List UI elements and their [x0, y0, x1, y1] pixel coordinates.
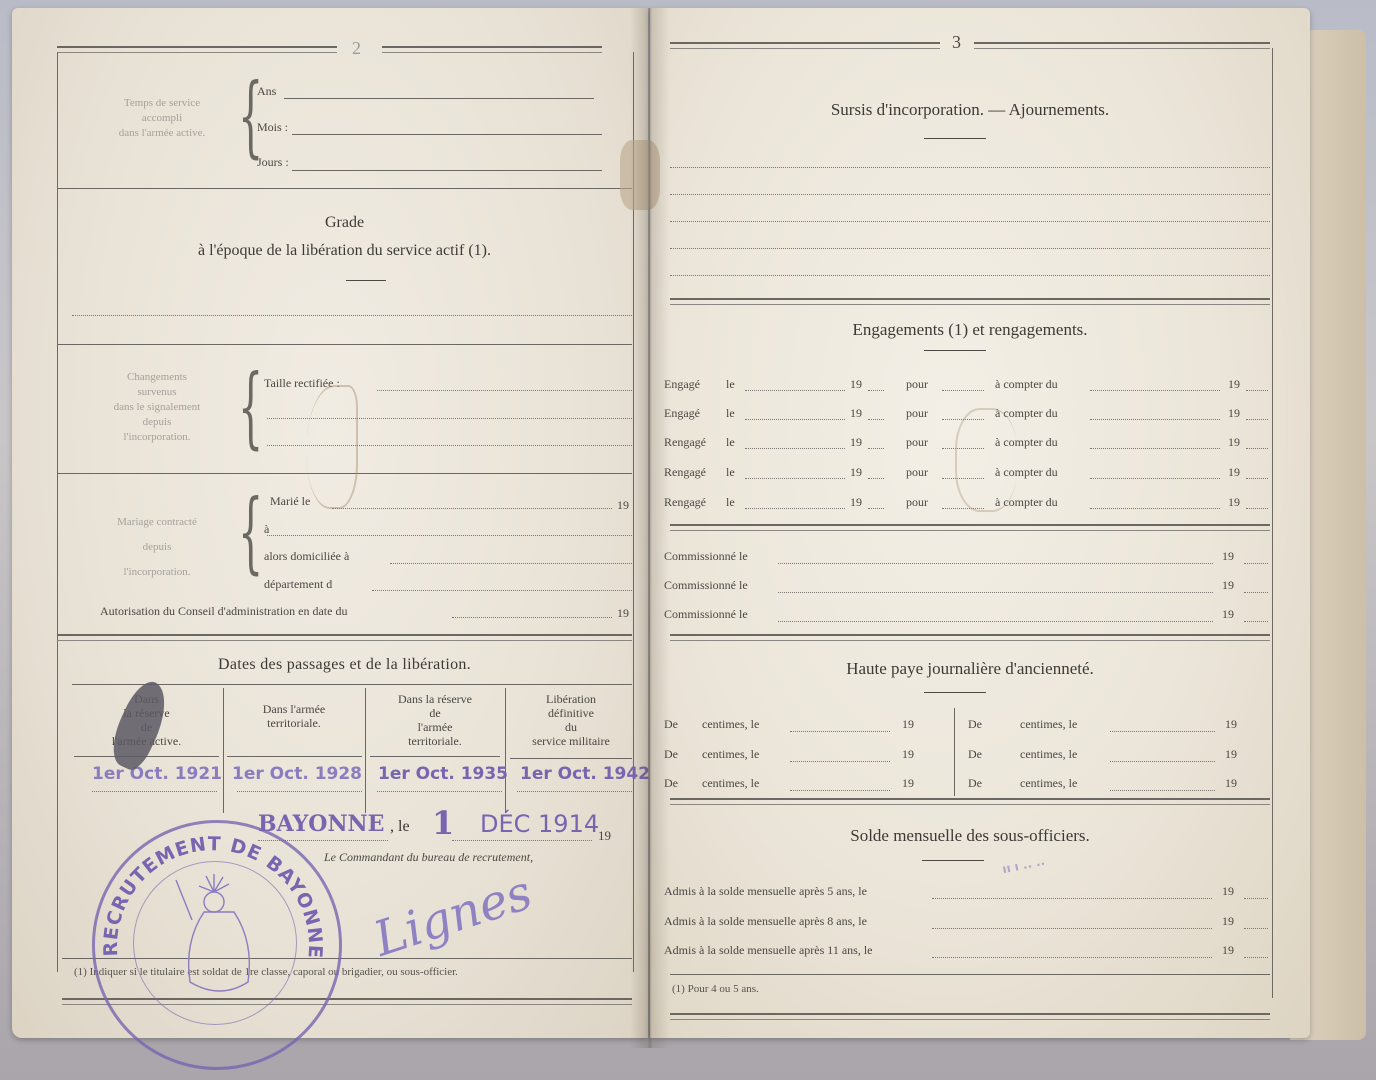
section-rule [57, 344, 632, 345]
grade-entry-line[interactable] [72, 315, 632, 316]
sursis-line[interactable] [670, 167, 1270, 168]
engage-start-year-line[interactable] [1246, 448, 1268, 449]
col-rule [510, 758, 632, 759]
bottom-double-rule [670, 1013, 1270, 1020]
engage-year-line[interactable] [868, 390, 884, 391]
mois-line[interactable] [292, 134, 602, 135]
haute-paye-date-line[interactable] [790, 761, 890, 762]
section-double-rule [670, 634, 1270, 641]
commission-year-line[interactable] [1244, 592, 1268, 593]
jours-line[interactable] [292, 170, 602, 171]
col-rule [370, 756, 500, 757]
section-double-rule [670, 798, 1270, 805]
commission-line[interactable] [778, 563, 1213, 564]
marriage-label: Mariage contracté depuis l'incorporation… [72, 510, 242, 585]
taille-line[interactable] [377, 390, 632, 391]
section-double-rule [670, 298, 1270, 305]
recruitment-office-seal: RECRUTEMENT DE BAYONNE [92, 820, 342, 1070]
haute-paye-date-line[interactable] [790, 731, 890, 732]
engage-year-line[interactable] [868, 478, 884, 479]
a-line[interactable] [267, 535, 632, 536]
field-mois: Mois : [257, 120, 288, 135]
marie-le-line[interactable] [332, 508, 612, 509]
engage-start-year-line[interactable] [1246, 508, 1268, 509]
le-text: , le [390, 818, 410, 836]
col-divider [223, 688, 224, 813]
col-rule [227, 756, 362, 757]
sursis-title: Sursis d'incorporation. — Ajournements. [680, 100, 1260, 120]
sursis-line[interactable] [670, 275, 1270, 276]
commission-line[interactable] [778, 592, 1213, 593]
stamp-line [517, 791, 632, 792]
month-year-stamp: DÉC 1914 [480, 810, 599, 838]
grade-subtitle: à l'époque de la libération du service a… [57, 242, 632, 260]
departement-label: département d [264, 577, 332, 592]
field-ans: Ans [257, 84, 276, 99]
passages-title: Dates des passages et de la libération. [57, 656, 632, 674]
year-prefix: 19 [617, 498, 629, 513]
engage-year-line[interactable] [868, 448, 884, 449]
engage-duration-line[interactable] [942, 390, 984, 391]
title-underline [922, 860, 984, 861]
engage-date-line[interactable] [745, 448, 845, 449]
commission-year-line[interactable] [1244, 621, 1268, 622]
changes-label: Changements survenus dans le signalement… [72, 370, 242, 445]
sursis-line[interactable] [670, 194, 1270, 195]
sursis-line[interactable] [670, 248, 1270, 249]
engage-date-line[interactable] [745, 390, 845, 391]
solde-year-line[interactable] [1244, 898, 1268, 899]
passage-col-header: Dans la réserve de l'armée territoriale. [367, 692, 503, 748]
marie-le-label: Marié le [270, 494, 310, 509]
brace: { [238, 363, 263, 451]
passage-col-header: Dans l'armée territoriale. [225, 702, 363, 730]
solde-date-line[interactable] [932, 957, 1212, 958]
paper-tear-stain [955, 408, 1017, 512]
right-page: 3 Sursis d'incorporation. — Ajournements… [650, 8, 1310, 1038]
haute-paye-date-line[interactable] [790, 790, 890, 791]
section-rule [57, 188, 632, 189]
col-divider [365, 688, 366, 813]
solde-year-line[interactable] [1244, 957, 1268, 958]
passage-date-stamp: 1er Oct. 1942 [520, 764, 650, 784]
passage-date-stamp: 1er Oct. 1935 [378, 764, 508, 784]
title-underline [924, 138, 986, 139]
stamp-line [237, 791, 362, 792]
engage-start-line[interactable] [1090, 478, 1220, 479]
engage-start-line[interactable] [1090, 508, 1220, 509]
engagements-title: Engagements (1) et rengagements. [680, 320, 1260, 340]
engage-date-line[interactable] [745, 478, 845, 479]
haute-paye-date-line[interactable] [1110, 761, 1215, 762]
sursis-line[interactable] [670, 221, 1270, 222]
solde-year-line[interactable] [1244, 928, 1268, 929]
engage-start-line[interactable] [1090, 419, 1220, 420]
spine-damage [620, 140, 660, 210]
title-underline [924, 692, 986, 693]
engage-date-line[interactable] [745, 508, 845, 509]
section-double-rule [57, 634, 632, 641]
passage-date-stamp: 1er Oct. 1928 [232, 764, 362, 784]
footnote: (1) Pour 4 ou 5 ans. [672, 983, 759, 995]
engage-start-line[interactable] [1090, 390, 1220, 391]
solde-date-line[interactable] [932, 898, 1212, 899]
grade-title: Grade [57, 214, 632, 232]
paper-tear-stain [306, 385, 358, 509]
stamp-line [92, 791, 217, 792]
commission-line[interactable] [778, 621, 1213, 622]
domiciliee-line[interactable] [390, 563, 632, 564]
haute-paye-title: Haute paye journalière d'ancienneté. [680, 659, 1260, 679]
departement-line[interactable] [372, 590, 632, 591]
field-jours: Jours : [257, 155, 289, 170]
engage-year-line[interactable] [868, 508, 884, 509]
year-prefix: 19 [598, 828, 611, 844]
title-underline [924, 350, 986, 351]
passage-date-stamp: 1er Oct. 1921 [92, 764, 222, 784]
svg-text:RECRUTEMENT DE BAYONNE: RECRUTEMENT DE BAYONNE [100, 833, 326, 959]
grade-underline [346, 280, 386, 281]
section-double-rule [670, 524, 1270, 531]
engage-start-year-line[interactable] [1246, 478, 1268, 479]
haute-paye-date-line[interactable] [1110, 790, 1215, 791]
footnote-rule [670, 974, 1270, 975]
solde-date-line[interactable] [932, 928, 1212, 929]
page-frame [668, 48, 1273, 998]
authorization-line[interactable] [452, 617, 612, 618]
engage-start-year-line[interactable] [1246, 419, 1268, 420]
ans-line[interactable] [284, 98, 594, 99]
authorization-label: Autorisation du Conseil d'administration… [100, 604, 347, 619]
stamp-line [377, 791, 502, 792]
service-time-label: Temps de service accompli dans l'armée a… [72, 96, 252, 141]
brace: { [238, 488, 263, 576]
seal-text: RECRUTEMENT DE BAYONNE [92, 820, 336, 1064]
haute-paye-date-line[interactable] [1110, 731, 1215, 732]
engage-year-line[interactable] [868, 419, 884, 420]
day-stamp: 1 [432, 804, 454, 842]
domiciliee-label: alors domiciliée à [264, 549, 349, 564]
col-divider [954, 708, 955, 796]
engage-start-line[interactable] [1090, 448, 1220, 449]
col-divider [505, 688, 506, 813]
date-line [452, 840, 592, 841]
engage-date-line[interactable] [745, 419, 845, 420]
solde-title: Solde mensuelle des sous-officiers. [680, 826, 1260, 846]
commandant-caption: Le Commandant du bureau de recrutement, [324, 850, 533, 865]
passage-col-header: Libération définitive du service militai… [507, 692, 635, 748]
year-prefix: 19 [617, 606, 629, 621]
commission-year-line[interactable] [1244, 563, 1268, 564]
engage-start-year-line[interactable] [1246, 390, 1268, 391]
